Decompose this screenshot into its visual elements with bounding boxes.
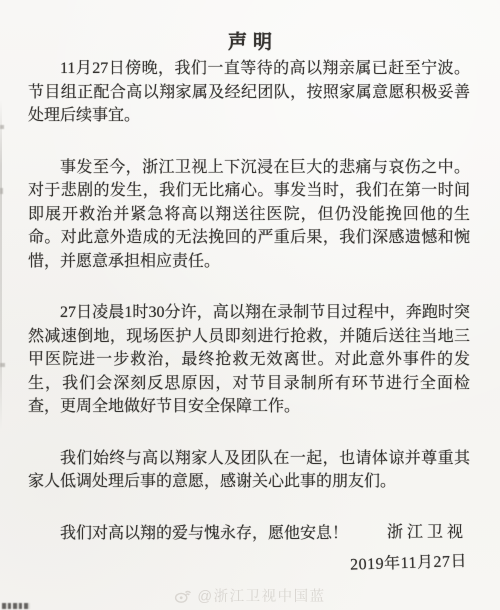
statement-paragraph: 我们始终与高以翔家人及团队在一起，也请体谅并尊重其家人低调处理后事的意愿，感谢关… [28, 447, 470, 494]
scan-speck [0, 363, 5, 367]
signature-name: 浙江卫视 [350, 519, 467, 542]
corner-watermark-fragment [2, 603, 30, 609]
watermark-handle: @浙江卫视中国蓝 [197, 585, 325, 606]
statement-paragraph: 11月27日傍晚，我们一直等待的高以翔亲属已赶至宁波。节目组正配合高以翔家属及经… [28, 57, 470, 128]
statement-page: 声明 11月27日傍晚，我们一直等待的高以翔亲属已赶至宁波。节目组正配合高以翔家… [0, 0, 500, 610]
signature-block: 浙江卫视 2019年11月27日 [350, 519, 467, 571]
scan-speck [0, 188, 3, 194]
statement-paragraph: 事发至今，浙江卫视上下沉浸在巨大的悲痛与哀伤之中。对于悲剧的发生，我们无比痛心。… [28, 156, 470, 274]
statement-title: 声明 [0, 27, 500, 54]
statement-paragraph: 27日凌晨1时30分许，高以翔在录制节目过程中，奔跑时突然减速倒地，现场医护人员… [28, 301, 470, 419]
scan-speck [0, 125, 4, 129]
scan-edge-shadow [0, 100, 2, 430]
signature-date: 2019年11月27日 [350, 548, 468, 575]
statement-body: 11月27日傍晚，我们一直等待的高以翔亲属已赶至宁波。节目组正配合高以翔家属及经… [28, 57, 470, 573]
weibo-icon [174, 588, 192, 604]
weibo-watermark: @浙江卫视中国蓝 [0, 585, 500, 606]
